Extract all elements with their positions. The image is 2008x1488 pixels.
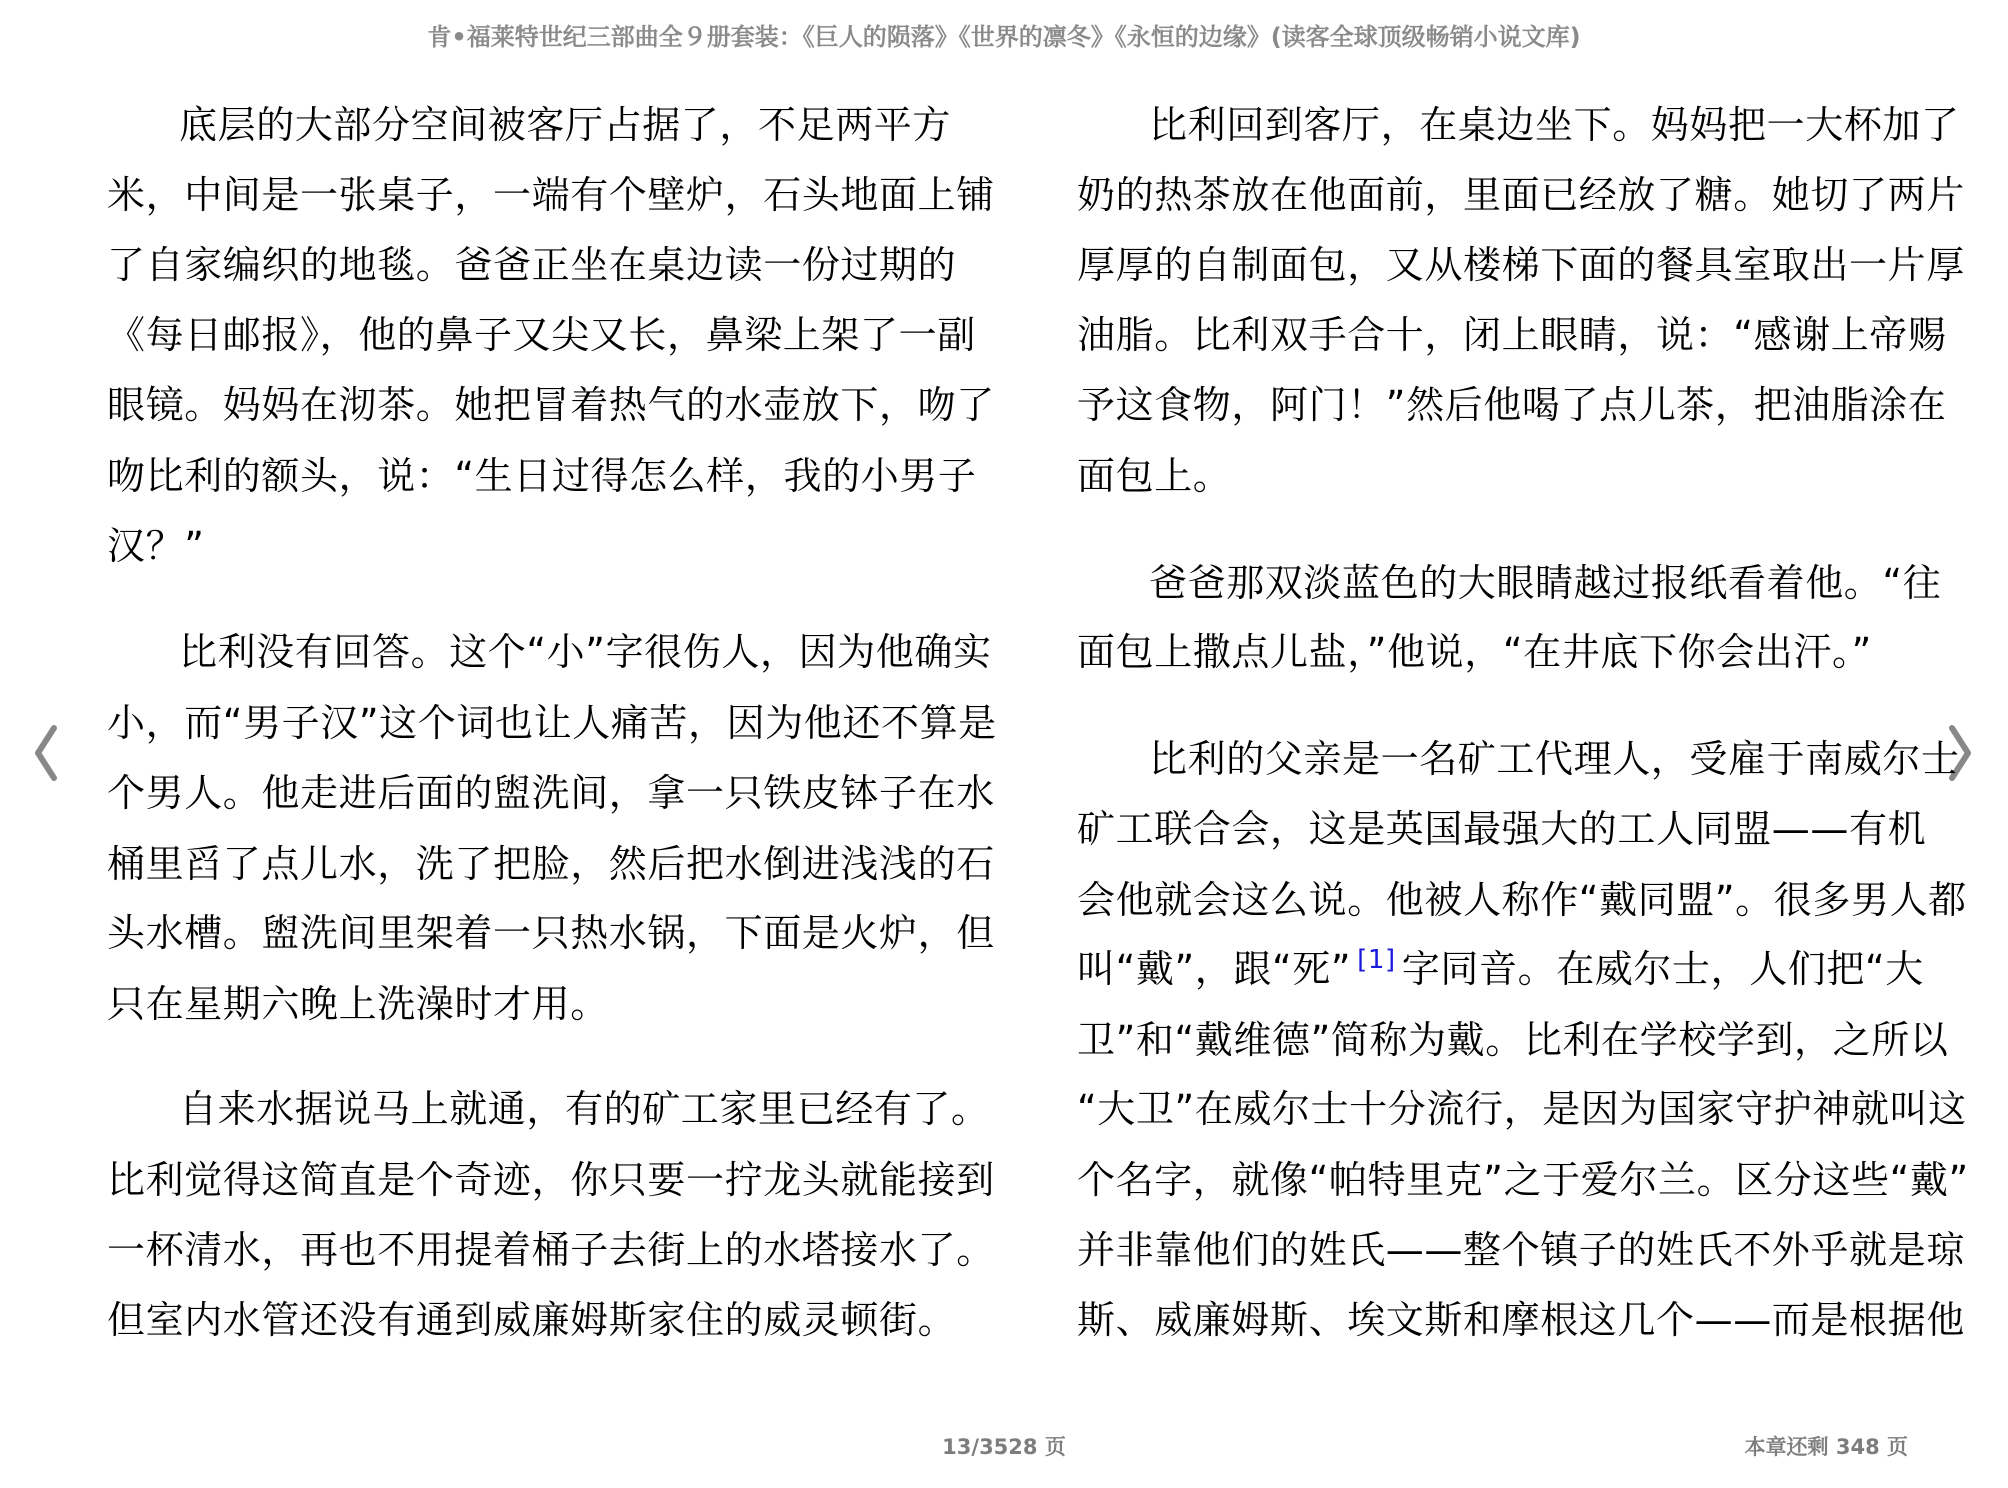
text-line: 爸爸那双淡蓝色的大眼睛越过报纸看着他。“往 (1077, 548, 1907, 618)
text-line: 予这食物，阿门！”然后他喝了点儿茶，把油脂涂在 (1077, 370, 1907, 440)
text-line-with-footnote: 叫“戴”，跟“死”[1]字同音。在威尔士，人们把“大 (1077, 934, 1907, 1004)
text-line: 个男人。他走进后面的盥洗间，拿一只铁皮钵子在水 (107, 758, 937, 828)
text-segment: 字同音。在威尔士，人们把“大 (1402, 947, 1924, 991)
text-line: 米，中间是一张桌子，一端有个壁炉，石头地面上铺 (107, 160, 937, 230)
text-line: 面包上。 (1077, 441, 1907, 511)
book-title: 肯•福莱特世纪三部曲全９册套装：《巨人的陨落》《世界的凛冬》《永恒的边缘》(读客… (0, 18, 2008, 56)
text-line: 只在星期六晚上洗澡时才用。 (107, 969, 937, 1039)
text-line: 底层的大部分空间被客厅占据了，不足两平方 (107, 90, 937, 160)
text-line: 小，而“男子汉”这个词也让人痛苦，因为他还不算是 (107, 688, 937, 758)
text-line: 卫”和“戴维德”简称为戴。比利在学校学到，之所以 (1077, 1005, 1907, 1075)
text-line: 头水槽。盥洗间里架着一只热水锅，下面是火炉，但 (107, 898, 937, 968)
text-line: 但室内水管还没有通到威廉姆斯家住的威灵顿街。 (107, 1285, 937, 1355)
text-line: 个名字，就像“帕特里克”之于爱尔兰。区分这些“戴” (1077, 1145, 1907, 1215)
text-line: “大卫”在威尔士十分流行，是因为国家守护神就叫这 (1077, 1074, 1907, 1144)
text-line: 了自家编织的地毯。爸爸正坐在桌边读一份过期的 (107, 230, 937, 300)
text-line: 面包上撒点儿盐，”他说，“在井底下你会出汗。” (1077, 617, 1907, 687)
text-line: 比利的父亲是一名矿工代理人，受雇于南威尔士 (1077, 724, 1907, 794)
text-line: 汉？” (107, 511, 937, 581)
footnote-link[interactable]: [1] (1357, 945, 1396, 975)
chevron-left-icon (26, 720, 66, 786)
text-line: 矿工联合会，这是英国最强大的工人同盟——有机 (1077, 794, 1907, 864)
text-line: 奶的热茶放在他面前，里面已经放了糖。她切了两片 (1077, 160, 1907, 230)
page-position: 13/3528 页 (904, 1432, 1104, 1462)
text-line: 吻比利的额头，说：“生日过得怎么样，我的小男子 (107, 441, 937, 511)
text-segment: 叫“戴”，跟“死” (1077, 947, 1351, 991)
text-line: 比利没有回答。这个“小”字很伤人，因为他确实 (107, 617, 937, 687)
text-line: 并非靠他们的姓氏——整个镇子的姓氏不外乎就是琼 (1077, 1215, 1907, 1285)
text-line: 斯、威廉姆斯、埃文斯和摩根这几个——而是根据他 (1077, 1285, 1907, 1355)
text-line: 桶里舀了点儿水，洗了把脸，然后把水倒进浅浅的石 (107, 829, 937, 899)
chapter-pages-remaining: 本章还剩 348 页 (1745, 1432, 1908, 1462)
text-line: 油脂。比利双手合十，闭上眼睛，说：“感谢上帝赐 (1077, 300, 1907, 370)
text-line: 眼镜。妈妈在沏茶。她把冒着热气的水壶放下，吻了 (107, 370, 937, 440)
text-line: 《每日邮报》，他的鼻子又尖又长，鼻梁上架了一副 (107, 300, 937, 370)
text-line: 自来水据说马上就通，有的矿工家里已经有了。 (107, 1074, 937, 1144)
previous-page-button[interactable] (26, 720, 66, 786)
text-line: 一杯清水，再也不用提着桶子去街上的水塔接水了。 (107, 1215, 937, 1285)
text-line: 比利觉得这简直是个奇迹，你只要一拧龙头就能接到 (107, 1145, 937, 1215)
text-line: 比利回到客厅，在桌边坐下。妈妈把一大杯加了 (1077, 90, 1907, 160)
text-line: 会他就会这么说。他被人称作“戴同盟”。很多男人都 (1077, 865, 1907, 935)
text-line: 厚厚的自制面包，又从楼梯下面的餐具室取出一片厚 (1077, 230, 1907, 300)
